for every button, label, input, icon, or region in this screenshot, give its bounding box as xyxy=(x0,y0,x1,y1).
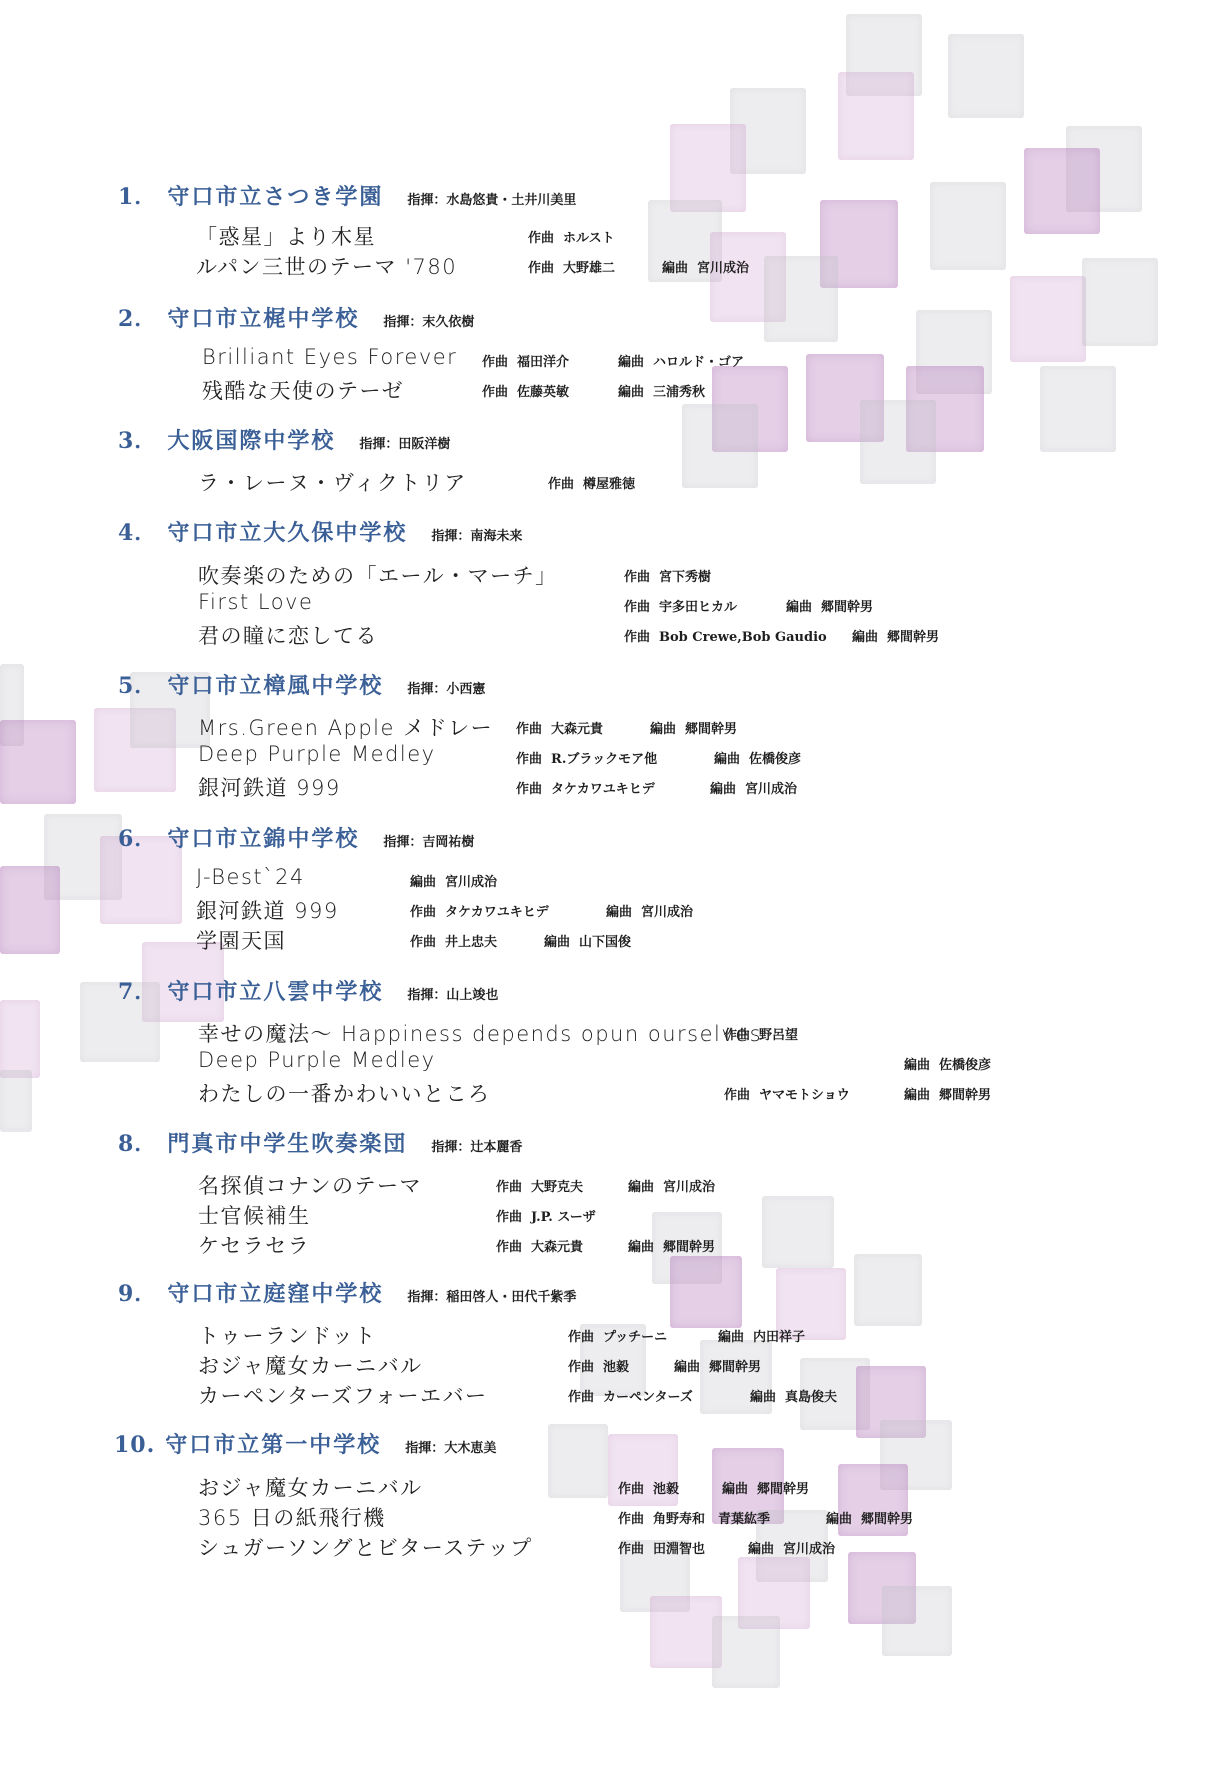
conductor: 指揮：末久依樹 xyxy=(383,311,474,330)
song-title: カーペンターズフォーエバー xyxy=(198,1380,488,1410)
song-title: First Love xyxy=(198,590,313,614)
composer-credit: 作曲池毅 xyxy=(568,1356,629,1375)
conductor: 指揮：稲田啓人・田代千紫季 xyxy=(407,1286,576,1305)
arranger-credit: 編曲宮川成治 xyxy=(606,901,693,920)
composer-credit: 作曲野呂望 xyxy=(724,1024,798,1043)
section-number: 4． xyxy=(118,516,157,547)
song-title: Deep Purple Medley xyxy=(198,742,436,766)
section-header: 7． 守口市立八雲中学校 指揮：山上竣也 xyxy=(118,975,498,1006)
arranger-credit: 編曲佐橋俊彦 xyxy=(714,748,801,767)
composer-credit: 作曲樽屋雅徳 xyxy=(548,473,635,492)
section-header: 6． 守口市立錦中学校 指揮：吉岡祐樹 xyxy=(118,822,474,853)
arranger-credit: 編曲佐橋俊彦 xyxy=(904,1054,991,1073)
song-title: 銀河鉄道 999 xyxy=(196,895,339,925)
conductor: 指揮：大木恵美 xyxy=(405,1437,496,1456)
song-title: J-Best`24 xyxy=(196,865,305,889)
composer-credit: 作曲田淵智也 xyxy=(618,1538,705,1557)
conductor: 指揮：南海未来 xyxy=(431,525,522,544)
arranger-credit: 編曲内田祥子 xyxy=(718,1326,805,1345)
concert-program: 1． 守口市立さつき学園 指揮：水島悠貴・土井川美里 「惑星」より木星 作曲ホル… xyxy=(0,0,1218,1767)
composer-credit: 作曲大野雄二 xyxy=(528,257,615,276)
song-title: ケセラセラ xyxy=(198,1230,310,1260)
composer-credit: 作曲大野克夫 xyxy=(496,1176,583,1195)
song-title: 士官候補生 xyxy=(198,1200,311,1230)
conductor: 指揮：水島悠貴・土井川美里 xyxy=(407,189,576,208)
song-title: わたしの一番かわいいところ xyxy=(198,1078,491,1108)
section-header: 9． 守口市立庭窪中学校 指揮：稲田啓人・田代千紫季 xyxy=(118,1277,576,1308)
arranger-credit: 編曲郷間幹男 xyxy=(650,718,737,737)
song-title: 名探偵コナンのテーマ xyxy=(198,1170,422,1200)
composer-credit: 作曲大森元貴 xyxy=(516,718,603,737)
section-header: 4． 守口市立大久保中学校 指揮：南海未来 xyxy=(118,516,522,547)
composer-credit: 作曲宮下秀樹 xyxy=(624,566,711,585)
song-title: シュガーソングとビターステップ xyxy=(198,1532,533,1562)
arranger-credit: 編曲三浦秀秋 xyxy=(618,381,705,400)
composer-credit: 作曲ヤマモトショウ xyxy=(724,1084,850,1103)
section-header: 10. 守口市立第一中学校 指揮：大木恵美 xyxy=(114,1428,496,1459)
conductor: 指揮：吉岡祐樹 xyxy=(383,831,474,850)
composer-credit: 作曲大森元貴 xyxy=(496,1236,583,1255)
arranger-credit: 編曲郷間幹男 xyxy=(852,626,939,645)
section-number: 3． xyxy=(118,424,157,455)
section-header: 2． 守口市立梶中学校 指揮：末久依樹 xyxy=(118,302,474,333)
composer-credit: 作曲タケカワユキヒデ xyxy=(516,778,655,797)
song-title: 学園天国 xyxy=(196,925,286,955)
section-header: 3． 大阪国際中学校 指揮：田阪洋樹 xyxy=(118,424,450,455)
school-name: 守口市立大久保中学校 xyxy=(167,516,407,547)
arranger-credit: 編曲ハロルド・ゴア xyxy=(618,351,744,370)
song-title: 君の瞳に恋してる xyxy=(198,620,378,650)
composer-credit: 作曲プッチーニ xyxy=(568,1326,667,1345)
composer-credit: 作曲ホルスト xyxy=(528,227,615,246)
section-number: 7． xyxy=(118,975,157,1006)
song-title: 銀河鉄道 999 xyxy=(198,772,341,802)
arranger-credit: 編曲郷間幹男 xyxy=(786,596,873,615)
school-name: 守口市立梶中学校 xyxy=(167,302,359,333)
composer-credit: 作曲佐藤英敏 xyxy=(482,381,569,400)
composer-credit: 作曲福田洋介 xyxy=(482,351,569,370)
song-title: ルパン三世のテーマ '780 xyxy=(196,251,457,281)
composer-credit: 作曲カーペンターズ xyxy=(568,1386,693,1405)
song-title: おジャ魔女カーニバル xyxy=(198,1350,423,1380)
song-title: トゥーランドット xyxy=(198,1320,377,1350)
song-title: ラ・レーヌ・ヴィクトリア xyxy=(198,467,467,497)
song-title: Mrs.Green Apple メドレー xyxy=(198,712,493,742)
composer-credit: 作曲R.ブラックモア他 xyxy=(516,748,657,767)
song-title: 「惑星」より木星 xyxy=(196,221,376,251)
school-name: 守口市立錦中学校 xyxy=(167,822,359,853)
song-title: Brilliant Eyes Forever xyxy=(202,345,457,369)
arranger-credit: 編曲宮川成治 xyxy=(748,1538,835,1557)
conductor: 指揮：田阪洋樹 xyxy=(359,433,450,452)
section-number: 2． xyxy=(118,302,157,333)
conductor: 指揮：山上竣也 xyxy=(407,984,498,1003)
conductor: 指揮：小西憲 xyxy=(407,678,485,697)
composer-credit: 作曲宇多田ヒカル xyxy=(624,596,737,615)
section-number: 9． xyxy=(118,1277,157,1308)
section-number: 10. xyxy=(114,1432,155,1458)
school-name: 守口市立さつき学園 xyxy=(167,180,383,211)
song-title: 幸せの魔法～ Happiness depends opun ourselves xyxy=(198,1018,762,1048)
composer-credit: 作曲Bob Crewe,Bob Gaudio xyxy=(624,626,827,645)
section-number: 8． xyxy=(118,1127,157,1158)
arranger-credit: 編曲宮川成治 xyxy=(662,257,749,276)
song-title: 365 日の紙飛行機 xyxy=(198,1502,386,1532)
composer-credit: 作曲J.P. スーザ xyxy=(496,1206,596,1225)
song-title: Deep Purple Medley xyxy=(198,1048,436,1072)
section-number: 1． xyxy=(118,180,157,211)
arranger-credit: 編曲郷間幹男 xyxy=(904,1084,991,1103)
arranger-credit: 編曲郷間幹男 xyxy=(722,1478,809,1497)
composer-credit: 作曲角野寿和 青葉紘季 xyxy=(618,1508,770,1527)
arranger-credit: 編曲郷間幹男 xyxy=(826,1508,913,1527)
section-header: 1． 守口市立さつき学園 指揮：水島悠貴・土井川美里 xyxy=(118,180,576,211)
arranger-credit: 編曲宮川成治 xyxy=(410,871,497,890)
arranger-credit: 編曲郷間幹男 xyxy=(628,1236,715,1255)
school-name: 門真市中学生吹奏楽団 xyxy=(167,1127,407,1158)
school-name: 守口市立第一中学校 xyxy=(165,1428,381,1459)
section-header: 5． 守口市立樟風中学校 指揮：小西憲 xyxy=(118,669,485,700)
arranger-credit: 編曲真島俊夫 xyxy=(750,1386,837,1405)
arranger-credit: 編曲宮川成治 xyxy=(710,778,797,797)
song-title: おジャ魔女カーニバル xyxy=(198,1472,423,1502)
arranger-credit: 編曲山下国俊 xyxy=(544,931,631,950)
composer-credit: 作曲池毅 xyxy=(618,1478,679,1497)
composer-credit: 作曲井上忠夫 xyxy=(410,931,497,950)
section-header: 8． 門真市中学生吹奏楽団 指揮：辻本麗香 xyxy=(118,1127,522,1158)
song-title: 残酷な天使のテーゼ xyxy=(202,375,404,405)
conductor: 指揮：辻本麗香 xyxy=(431,1136,522,1155)
section-number: 6． xyxy=(118,822,157,853)
arranger-credit: 編曲郷間幹男 xyxy=(674,1356,761,1375)
song-title: 吹奏楽のための「エール・マーチ」 xyxy=(198,560,558,590)
school-name: 守口市立庭窪中学校 xyxy=(167,1277,383,1308)
composer-credit: 作曲タケカワユキヒデ xyxy=(410,901,549,920)
school-name: 守口市立樟風中学校 xyxy=(167,669,383,700)
school-name: 大阪国際中学校 xyxy=(167,424,335,455)
school-name: 守口市立八雲中学校 xyxy=(167,975,383,1006)
section-number: 5． xyxy=(118,669,157,700)
arranger-credit: 編曲宮川成治 xyxy=(628,1176,715,1195)
